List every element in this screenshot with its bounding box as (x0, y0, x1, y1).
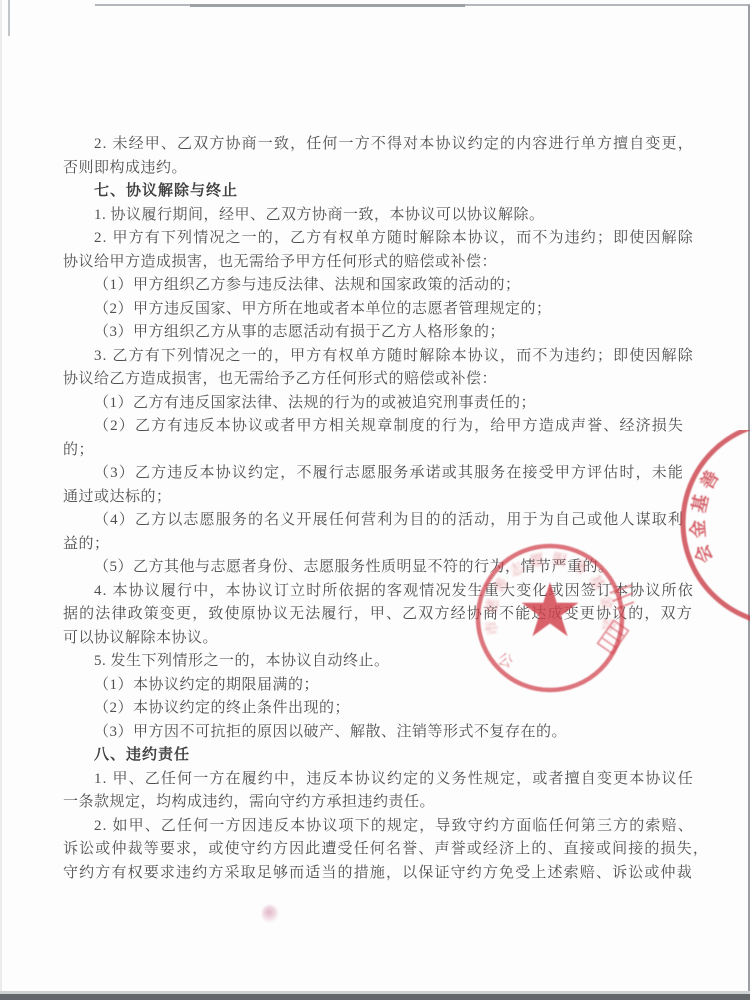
scan-edge-left (0, 0, 2, 1000)
text-line: （1）乙方有违反国家法律、法规的行为的或被追究刑事责任的； (63, 392, 694, 416)
text-line: 诉讼或仲裁等要求，或使守约方因此遭受任何名誉、声誉或经济上的、直接或间接的损失， (63, 838, 694, 862)
text-line: 可以协议解除本协议。 (63, 627, 694, 651)
text-line: 2. 未经甲、乙双方协商一致，任何一方不得对本协议约定的内容进行单方擅自变更， (63, 133, 694, 157)
text-line: 2. 如甲、乙任何一方因违反本协议项下的规定，导致守约方面临任何第三方的索赔、 (63, 815, 694, 839)
document-text: 2. 未经甲、乙双方协商一致，任何一方不得对本协议约定的内容进行单方擅自变更，否… (63, 133, 694, 885)
text-line: （3）甲方因不可抗拒的原因以破产、解散、注销等形式不复存在的。 (63, 721, 694, 745)
text-line: （1）甲方组织乙方参与违反法律、法规和国家政策的活动的； (63, 274, 694, 298)
ink-smudge (262, 905, 278, 923)
text-line: （5）乙方其他与志愿者身份、志愿服务性质明显不符的行为，情节严重的。 (63, 556, 694, 580)
text-line: 益的； (63, 533, 694, 557)
text-line: 协议给乙方造成损害，也无需给予乙方任何形式的赔偿或补偿： (63, 368, 694, 392)
text-line: （3）乙方违反本协议约定，不履行志愿服务承诺或其服务在接受甲方评估时，未能 (63, 462, 694, 486)
text-line: （4）乙方以志愿服务的名义开展任何营利为目的的活动，用于为自己或他人谋取利 (63, 509, 694, 533)
text-line: 七、协议解除与终止 (63, 180, 694, 204)
text-line: 1. 协议履行期间，经甲、乙双方协商一致，本协议可以协议解除。 (63, 204, 694, 228)
text-line: 八、违约责任 (63, 744, 694, 768)
text-line: 2. 甲方有下列情况之一的，乙方有权单方随时解除本协议，而不为违约；即使因解除 (63, 227, 694, 251)
text-line: 守约方有权要求违约方采取足够而适当的措施，以保证守约方免受上述索赔、诉讼或仲裁 (63, 862, 694, 886)
scan-edge-left-tick (8, 0, 10, 36)
svg-text:善: 善 (695, 467, 722, 493)
text-line: 据的法律政策变更，致使原协议无法履行，甲、乙双方经协商不能达成变更协议的，双方 (63, 603, 694, 627)
scanned-document-page: 2. 未经甲、乙双方协商一致，任何一方不得对本协议约定的内容进行单方擅自变更，否… (0, 0, 750, 1000)
scan-edge-top-line-dark (190, 4, 465, 7)
text-line: 5. 发生下列情形之一的，本协议自动终止。 (63, 650, 694, 674)
text-line: 1. 甲、乙任何一方在履约中，违反本协议约定的义务性规定，或者擅自变更本协议任 (63, 768, 694, 792)
scan-edge-bottom-dark (0, 994, 750, 1000)
text-line: （2）本协议约定的终止条件出现的； (63, 697, 694, 721)
text-line: （2）甲方违反国家、甲方所在地或者本单位的志愿者管理规定的； (63, 298, 694, 322)
text-line: 3. 乙方有下列情况之一的，甲方有权单方随时解除本协议，而不为违约；即使因解除 (63, 345, 694, 369)
text-line: （2）乙方有违反本协议或者甲方相关规章制度的行为，给甲方造成声誉、经济损失 (63, 415, 694, 439)
text-line: 否则即构成违约。 (63, 157, 694, 181)
text-line: 4. 本协议履行中，本协议订立时所依据的客观情况发生重大变化或因签订本协议所依 (63, 580, 694, 604)
text-line: 通过或达标的； (63, 486, 694, 510)
text-line: 的； (63, 439, 694, 463)
text-line: 协议给甲方造成损害，也无需给予甲方任何形式的赔偿或补偿： (63, 251, 694, 275)
text-line: （3）甲方组织乙方从事的志愿活动有损于乙方人格形象的； (63, 321, 694, 345)
text-line: （1）本协议约定的期限届满的； (63, 674, 694, 698)
svg-text:会: 会 (690, 542, 716, 566)
text-line: 一条款规定，均构成违约，需向守约方承担违约责任。 (63, 791, 694, 815)
